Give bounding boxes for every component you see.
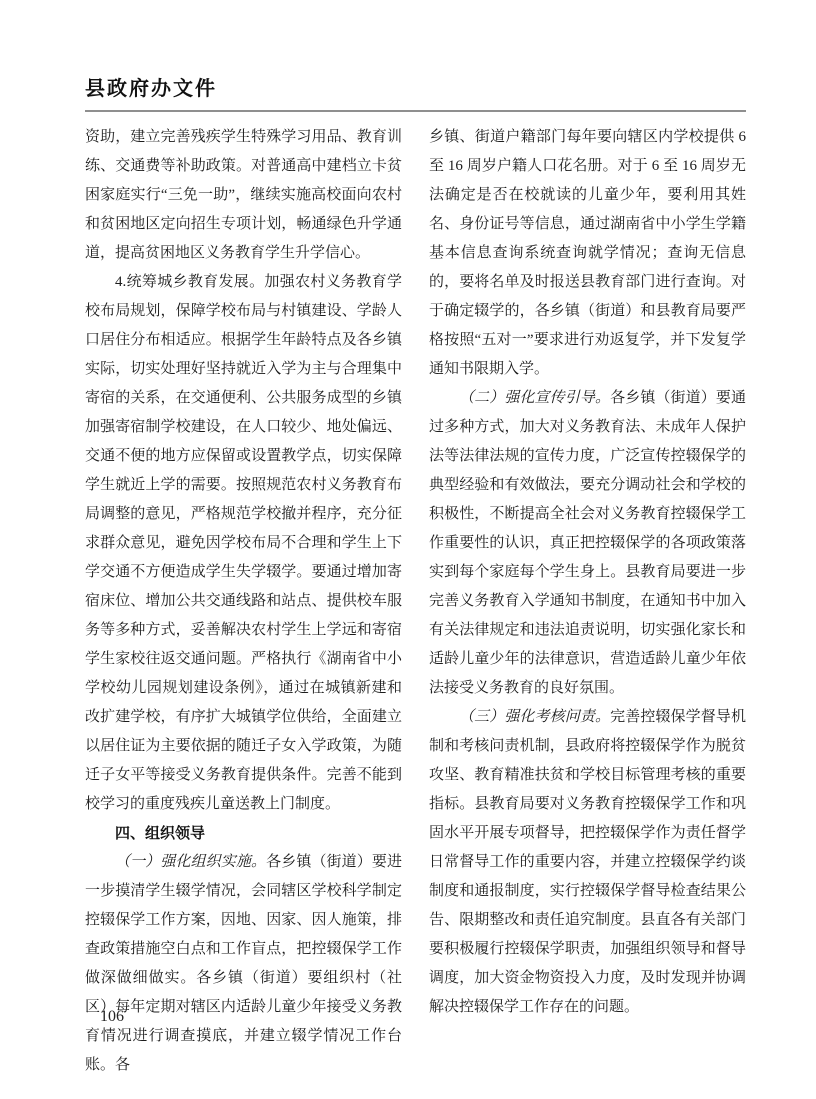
paragraph-item-3: （三）强化考核问责。完善控辍保学督导机制和考核问责机制，县政府将控辍保学作为脱贫… (429, 703, 746, 1022)
paragraph-lead-1: （一）强化组织实施。 (115, 854, 266, 870)
page-number: 106 (100, 1008, 124, 1026)
paragraph-continuation: 乡镇、街道户籍部门每年要向辖区内学校提供 6 至 16 周岁户籍人口花名册。对于… (429, 123, 746, 384)
header-rule (85, 110, 746, 112)
paragraph-item-1: （一）强化组织实施。各乡镇（街道）要进一步摸清学生辍学情况，会同辖区学校科学制定… (85, 848, 402, 1080)
left-column: 资助，建立完善残疾学生特殊学习用品、教育训练、交通费等补助政策。对普通高中建档立… (85, 123, 402, 1080)
page-content: 县政府办文件 资助，建立完善残疾学生特殊学习用品、教育训练、交通费等补助政策。对… (85, 72, 746, 1080)
paragraph-body-1: 各乡镇（街道）要进一步摸清学生辍学情况，会同辖区学校科学制定控辍保学工作方案，因… (85, 854, 402, 1073)
paragraph-item-2: （二）强化宣传引导。各乡镇（街道）要通过多种方式，加大对义务教育法、未成年人保护… (429, 384, 746, 703)
page-header-title: 县政府办文件 (85, 72, 746, 101)
paragraph-lead-2: （二）强化宣传引导。 (459, 390, 610, 406)
two-column-layout: 资助，建立完善残疾学生特殊学习用品、教育训练、交通费等补助政策。对普通高中建档立… (85, 123, 746, 1080)
paragraph-body-2: 各乡镇（街道）要通过多种方式，加大对义务教育法、未成年人保护法等法律法规的宣传力… (429, 390, 746, 696)
paragraph-item-4: 4.统筹城乡教育发展。加强农村义务教育学校布局规划，保障学校布局与村镇建设、学龄… (85, 268, 402, 819)
paragraph-body-3: 完善控辍保学督导机制和考核问责机制，县政府将控辍保学作为脱贫攻坚、教育精准扶贫和… (429, 709, 746, 1015)
section-heading-organization-leadership: 四、组织领导 (85, 819, 402, 848)
document-page: 县政府办文件 资助，建立完善残疾学生特殊学习用品、教育训练、交通费等补助政策。对… (0, 0, 816, 1099)
paragraph-continuation: 资助，建立完善残疾学生特殊学习用品、教育训练、交通费等补助政策。对普通高中建档立… (85, 123, 402, 268)
right-column: 乡镇、街道户籍部门每年要向辖区内学校提供 6 至 16 周岁户籍人口花名册。对于… (429, 123, 746, 1080)
paragraph-lead-3: （三）强化考核问责。 (459, 709, 610, 725)
